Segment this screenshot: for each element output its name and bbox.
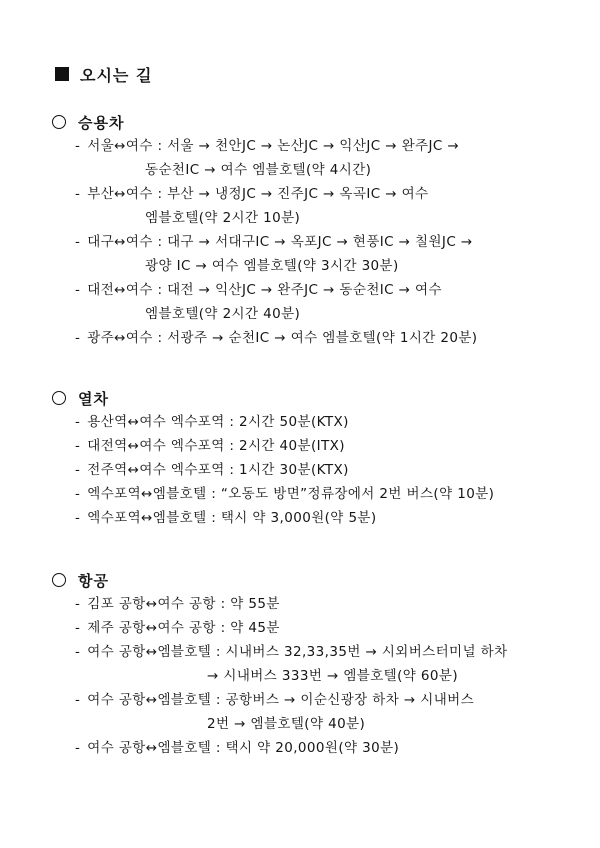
dash-bullet: - [75, 282, 80, 298]
item-text: 엑수포역↔엠블호텔 : “오동도 방면”정류장에서 2번 버스(약 10분) [87, 486, 494, 502]
dash-bullet: - [75, 138, 80, 154]
item-text: 광주↔여수 : 서광주 → 순천IC → 여수 엠블호텔(약 1시간 20분) [87, 330, 477, 346]
dash-bullet: - [75, 620, 80, 636]
circle-bullet-icon [52, 115, 66, 129]
item-text: → 시내버스 333번 → 엠블호텔(약 60분) [207, 668, 458, 684]
item-text: 대전↔여수 : 대전 → 익산JC → 완주JC → 동순천IC → 여수 [87, 282, 442, 298]
item-text: 여수 공항↔엠블호텔 : 택시 약 20,000원(약 30분) [87, 740, 399, 756]
item-text: 제주 공항↔여수 공항 : 약 45분 [87, 620, 280, 636]
item-line: -대전↔여수 : 대전 → 익산JC → 완주JC → 동순천IC → 여수 [75, 278, 600, 302]
item-line: -서울↔여수 : 서울 → 천안JC → 논산JC → 익산JC → 완주JC … [75, 134, 600, 158]
item-line: -대전역↔여수 엑수포역 : 2시간 40분(ITX) [75, 434, 600, 458]
item-text: 서울↔여수 : 서울 → 천안JC → 논산JC → 익산JC → 완주JC → [87, 138, 459, 154]
section-1: 열차-용산역↔여수 엑수포역 : 2시간 50분(KTX)-대전역↔여수 엑수포… [0, 386, 600, 530]
dash-bullet: - [75, 596, 80, 612]
item-text: 용산역↔여수 엑수포역 : 2시간 50분(KTX) [87, 414, 349, 430]
page-title-text: 오시는 길 [80, 63, 152, 86]
item-line: -부산↔여수 : 부산 → 냉정JC → 진주JC → 옥곡IC → 여수 [75, 182, 600, 206]
item-line: -용산역↔여수 엑수포역 : 2시간 50분(KTX) [75, 410, 600, 434]
dash-bullet: - [75, 644, 80, 660]
dash-bullet: - [75, 330, 80, 346]
item-text: 여수 공항↔엠블호텔 : 공항버스 → 이순신광장 하차 → 시내버스 [87, 692, 474, 708]
item-line: -전주역↔여수 엑수포역 : 1시간 30분(KTX) [75, 458, 600, 482]
circle-bullet-icon [52, 391, 66, 405]
section-heading-row: 항공 [52, 568, 600, 592]
item-text: 전주역↔여수 엑수포역 : 1시간 30분(KTX) [87, 462, 349, 478]
item-line: -엑수포역↔엠블호텔 : 택시 약 3,000원(약 5분) [75, 506, 600, 530]
item-text: 동순천IC → 여수 엠블호텔(약 4시간) [145, 162, 371, 178]
item-line-continuation: 2번 → 엠블호텔(약 40분) [207, 712, 600, 736]
dash-bullet: - [75, 462, 80, 478]
item-text: 부산↔여수 : 부산 → 냉정JC → 진주JC → 옥곡IC → 여수 [87, 186, 428, 202]
dash-bullet: - [75, 486, 80, 502]
item-line: -엑수포역↔엠블호텔 : “오동도 방면”정류장에서 2번 버스(약 10분) [75, 482, 600, 506]
circle-bullet-icon [52, 573, 66, 587]
item-text: 대구↔여수 : 대구 → 서대구IC → 옥포JC → 현풍IC → 칠원JC … [87, 234, 472, 250]
section-heading: 항공 [78, 570, 109, 591]
item-text: 엠블호텔(약 2시간 40분) [145, 306, 300, 322]
item-text: 여수 공항↔엠블호텔 : 시내버스 32,33,35번 → 시외버스터미널 하차 [87, 644, 507, 660]
dash-bullet: - [75, 510, 80, 526]
item-text: 엠블호텔(약 2시간 10분) [145, 210, 300, 226]
item-line: -여수 공항↔엠블호텔 : 택시 약 20,000원(약 30분) [75, 736, 600, 760]
document-page: 오시는 길 승용차-서울↔여수 : 서울 → 천안JC → 논산JC → 익산J… [0, 0, 600, 760]
item-line: -제주 공항↔여수 공항 : 약 45분 [75, 616, 600, 640]
item-line-continuation: 광양 IC → 여수 엠블호텔(약 3시간 30분) [145, 254, 600, 278]
item-line-continuation: 엠블호텔(약 2시간 10분) [145, 206, 600, 230]
item-line-continuation: → 시내버스 333번 → 엠블호텔(약 60분) [207, 664, 600, 688]
item-line-continuation: 엠블호텔(약 2시간 40분) [145, 302, 600, 326]
square-bullet-icon [55, 67, 69, 81]
item-text: 대전역↔여수 엑수포역 : 2시간 40분(ITX) [87, 438, 345, 454]
page-title: 오시는 길 [55, 64, 600, 84]
section-heading: 열차 [78, 388, 109, 409]
dash-bullet: - [75, 692, 80, 708]
sections: 승용차-서울↔여수 : 서울 → 천안JC → 논산JC → 익산JC → 완주… [0, 110, 600, 760]
item-text: 엑수포역↔엠블호텔 : 택시 약 3,000원(약 5분) [87, 510, 376, 526]
section-heading-row: 승용차 [52, 110, 600, 134]
item-line: -여수 공항↔엠블호텔 : 공항버스 → 이순신광장 하차 → 시내버스 [75, 688, 600, 712]
dash-bullet: - [75, 186, 80, 202]
item-line: -광주↔여수 : 서광주 → 순천IC → 여수 엠블호텔(약 1시간 20분) [75, 326, 600, 350]
section-0: 승용차-서울↔여수 : 서울 → 천안JC → 논산JC → 익산JC → 완주… [0, 110, 600, 350]
item-line: -대구↔여수 : 대구 → 서대구IC → 옥포JC → 현풍IC → 칠원JC… [75, 230, 600, 254]
item-line-continuation: 동순천IC → 여수 엠블호텔(약 4시간) [145, 158, 600, 182]
section-heading: 승용차 [78, 112, 124, 133]
item-line: -김포 공항↔여수 공항 : 약 55분 [75, 592, 600, 616]
dash-bullet: - [75, 438, 80, 454]
item-text: 광양 IC → 여수 엠블호텔(약 3시간 30분) [145, 258, 399, 274]
section-2: 항공-김포 공항↔여수 공항 : 약 55분-제주 공항↔여수 공항 : 약 4… [0, 568, 600, 760]
item-text: 2번 → 엠블호텔(약 40분) [207, 716, 365, 732]
dash-bullet: - [75, 234, 80, 250]
section-heading-row: 열차 [52, 386, 600, 410]
item-line: -여수 공항↔엠블호텔 : 시내버스 32,33,35번 → 시외버스터미널 하… [75, 640, 600, 664]
item-text: 김포 공항↔여수 공항 : 약 55분 [87, 596, 280, 612]
dash-bullet: - [75, 414, 80, 430]
dash-bullet: - [75, 740, 80, 756]
